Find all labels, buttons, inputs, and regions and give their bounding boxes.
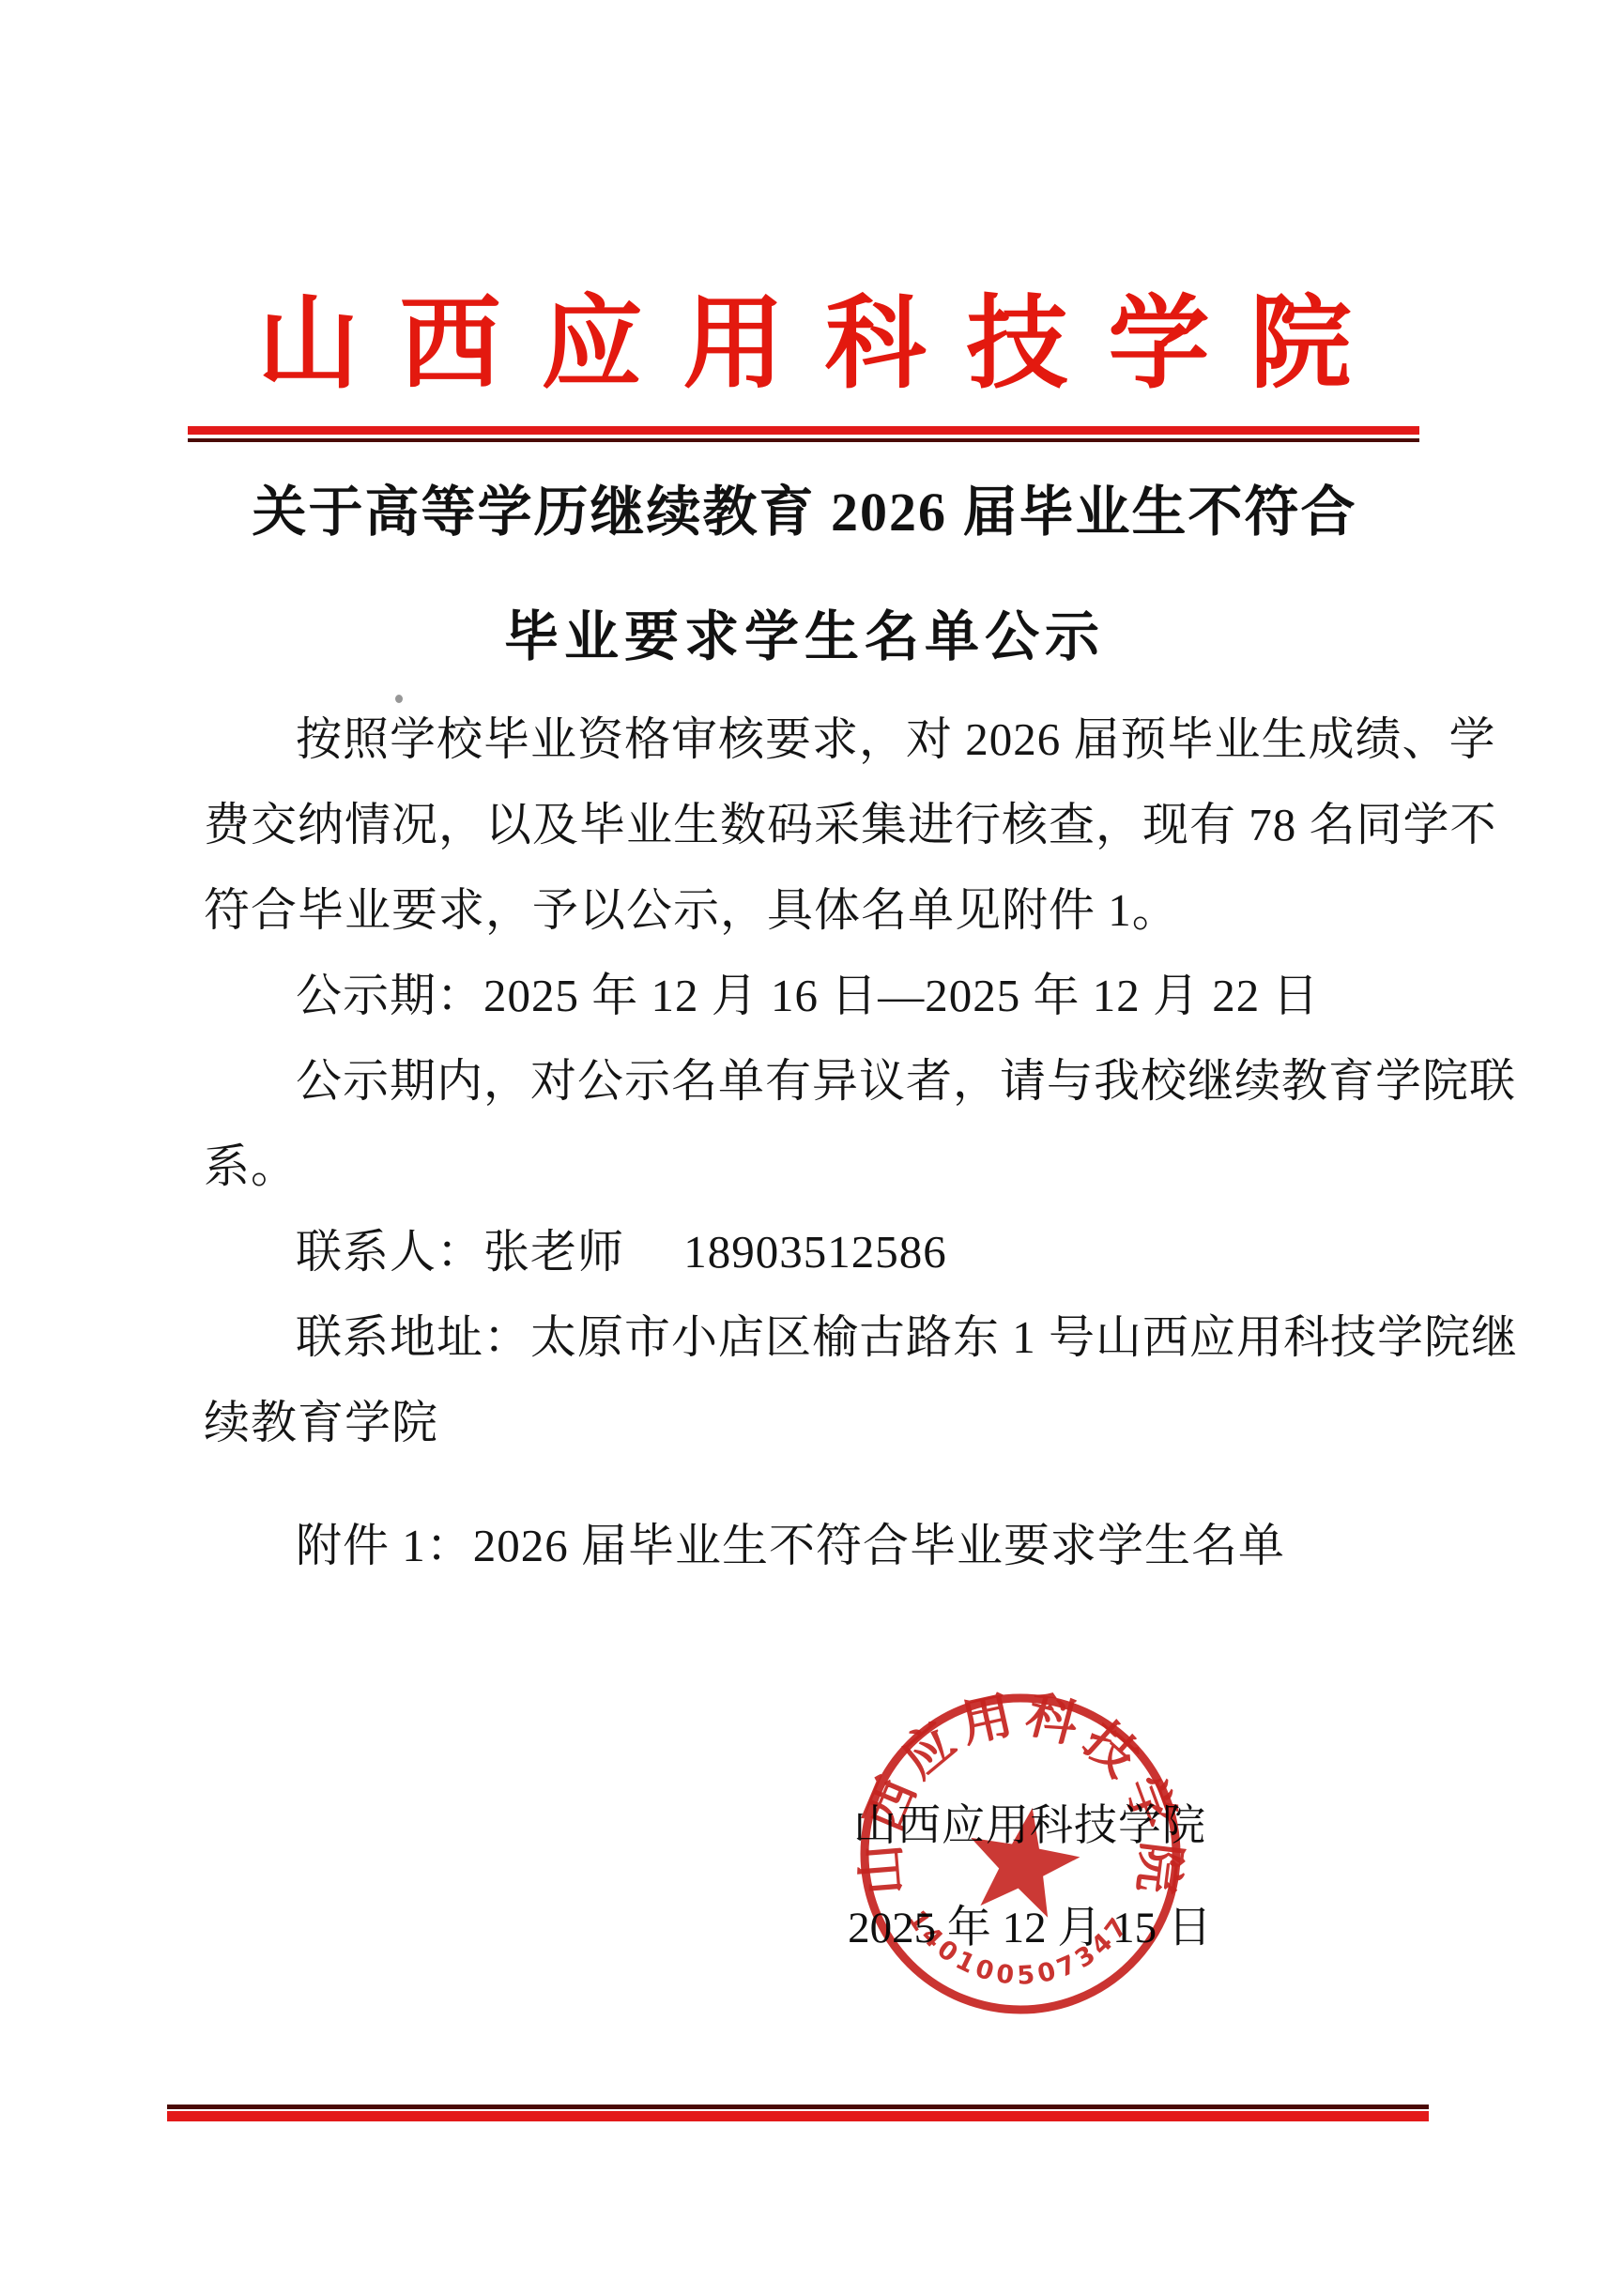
letterhead-school-name: 山 西 应 用 科 技 学 院	[0, 286, 1609, 404]
signature-organization: 山西应用科技学院	[823, 1802, 1236, 1849]
rule-thick-red	[188, 426, 1419, 435]
document-title-line2: 毕业要求学生名单公示	[0, 592, 1609, 671]
letterhead-divider-rule	[188, 426, 1419, 442]
rule-thin-dark	[188, 438, 1419, 442]
body-line: 按照学校毕业资格审核要求，对 2026 届预毕业生成绩、学	[204, 696, 1417, 782]
body-line: 费交纳情况，以及毕业生数码采集进行核查，现有 78 名同学不	[204, 782, 1417, 867]
body-line-publicity-period: 公示期：2025 年 12 月 16 日—2025 年 12 月 22 日	[204, 953, 1417, 1038]
body-line: 续教育学院	[204, 1380, 1417, 1465]
body-line-contact-person: 联系人：张老师 18903512586	[204, 1209, 1417, 1294]
footer-divider-rule	[167, 2105, 1429, 2121]
body-line: 公示期内，对公示名单有异议者，请与我校继续教育学院联	[204, 1038, 1417, 1124]
body-line: 符合毕业要求，予以公示，具体名单见附件 1。	[204, 867, 1417, 953]
official-seal: 山西应用科技学院 1401005073477	[842, 1676, 1199, 2032]
rule-thick-red	[167, 2111, 1429, 2121]
signature-date: 2025 年 12 月 15 日	[823, 1904, 1236, 1952]
document-page: 山 西 应 用 科 技 学 院 关于高等学历继续教育 2026 届毕业生不符合 …	[0, 0, 1609, 2296]
body-text: 按照学校毕业资格审核要求，对 2026 届预毕业生成绩、学 费交纳情况，以及毕业…	[204, 696, 1417, 1465]
attachment-line: 附件 1：2026 届毕业生不符合毕业要求学生名单	[204, 1513, 1509, 1579]
seal-graphic: 山西应用科技学院 1401005073477	[842, 1676, 1199, 2032]
body-line: 系。	[204, 1124, 1417, 1209]
body-line-contact-address: 联系地址：太原市小店区榆古路东 1 号山西应用科技学院继	[204, 1294, 1417, 1380]
document-title-line1: 关于高等学历继续教育 2026 届毕业生不符合	[0, 467, 1609, 546]
